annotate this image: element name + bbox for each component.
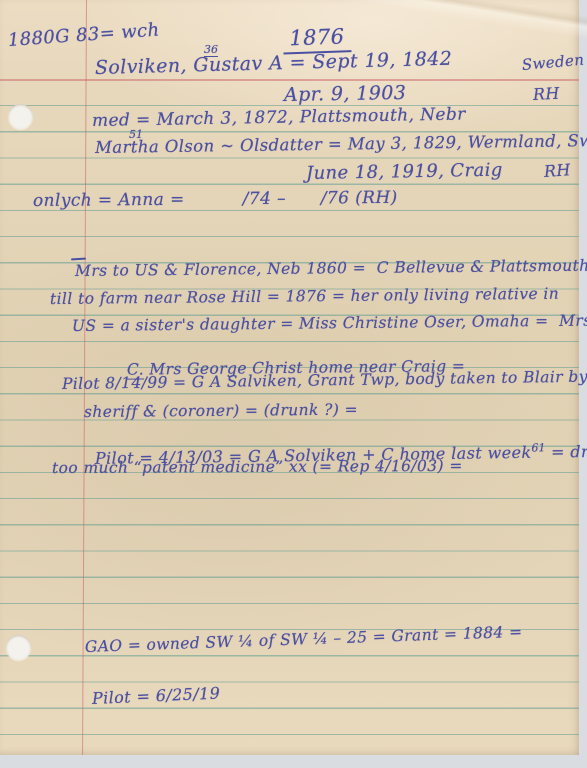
pilot-1899-line-2: sheriff & (coroner) = (drunk ?) = bbox=[84, 402, 358, 421]
scanned-document: 1876 1880G 83= wch 36 Solviken, Gustav A… bbox=[0, 0, 587, 768]
husband-line: Solviken, Gustav A = Sept 19, 1842 bbox=[95, 50, 453, 79]
pilot-1903-superscript: 61 bbox=[531, 441, 545, 454]
husband-death-line: Apr. 9, 1903 bbox=[284, 84, 407, 106]
wife-death-line: June 18, 1919, Craig bbox=[306, 162, 503, 184]
punch-hole-bottom bbox=[6, 635, 31, 660]
husband-death-ref: RH bbox=[533, 86, 561, 104]
punch-hole-top bbox=[8, 104, 33, 129]
child-line: onlych = Anna = /74 – /76 (RH) bbox=[33, 190, 398, 211]
pilot-1903-post: = drank bbox=[545, 441, 587, 461]
paper-sheet: 1876 1880G 83= wch 36 Solviken, Gustav A… bbox=[0, 0, 579, 755]
wife-death-ref: RH bbox=[543, 162, 571, 181]
paper-crease bbox=[328, 0, 587, 53]
pilot-1903-line-2: too much “patent medicine” xx (= Rep 4/1… bbox=[52, 458, 463, 476]
corner-note: 1880G 83= wch bbox=[7, 21, 160, 50]
husband-origin: Sweden bbox=[521, 53, 585, 74]
